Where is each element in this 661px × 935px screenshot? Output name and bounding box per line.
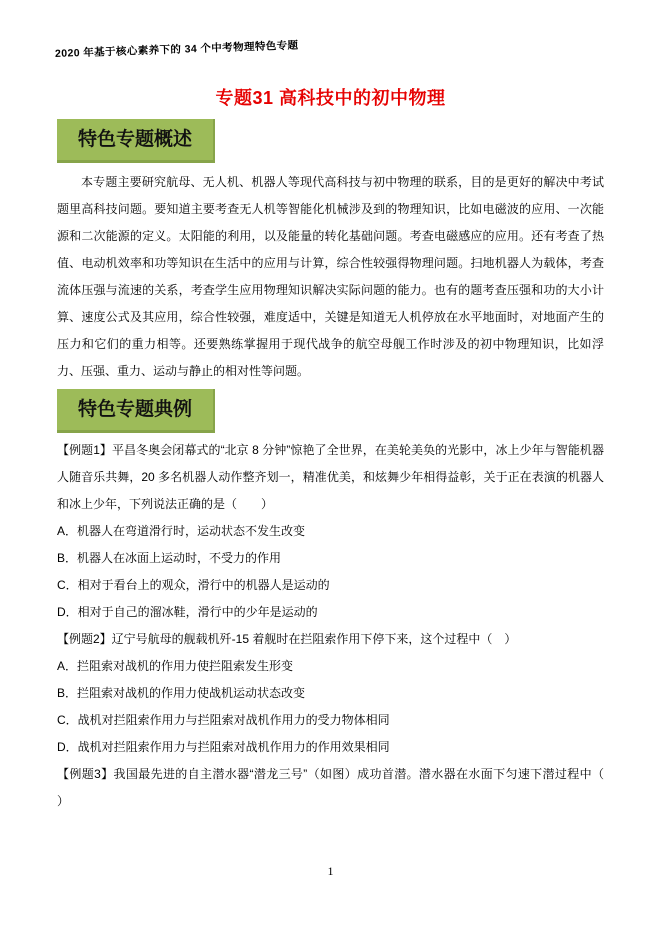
example-1: 【例题1】平昌冬奥会闭幕式的“北京 8 分钟”惊艳了全世界，在美轮美奂的光影中，… [57, 437, 604, 626]
example-1-option-d: D．相对于自己的溜冰鞋，滑行中的少年是运动的 [57, 599, 604, 626]
example-2-stem: 【例题2】辽宁号航母的舰载机歼-15 着舰时在拦阻索作用下停下来，这个过程中（ … [57, 626, 604, 653]
page-title: 专题31 高科技中的初中物理 [0, 84, 661, 110]
page-number: 1 [0, 864, 661, 879]
example-1-stem: 【例题1】平昌冬奥会闭幕式的“北京 8 分钟”惊艳了全世界，在美轮美奂的光影中，… [57, 437, 604, 518]
overview-paragraph: 本专题主要研究航母、无人机、机器人等现代高科技与初中物理的联系，目的是更好的解决… [57, 169, 604, 385]
example-1-option-a: A．机器人在弯道滑行时，运动状态不发生改变 [57, 518, 604, 545]
example-2: 【例题2】辽宁号航母的舰载机歼-15 着舰时在拦阻索作用下停下来，这个过程中（ … [57, 626, 604, 761]
example-2-option-b: B．拦阻索对战机的作用力使战机运动状态改变 [57, 680, 604, 707]
section-badge-examples: 特色专题典例 [57, 389, 215, 433]
example-1-option-c: C．相对于看台上的观众，滑行中的机器人是运动的 [57, 572, 604, 599]
series-header: 2020 年基于核心素养下的 34 个中考物理特色专题 [55, 38, 299, 61]
example-2-option-c: C．战机对拦阻索作用力与拦阻索对战机作用力的受力物体相同 [57, 707, 604, 734]
example-3-stem: 【例题3】我国最先进的自主潜水器“潜龙三号”（如图）成功首潜。潜水器在水面下匀速… [57, 761, 604, 815]
section-badge-overview: 特色专题概述 [57, 119, 215, 163]
example-3: 【例题3】我国最先进的自主潜水器“潜龙三号”（如图）成功首潜。潜水器在水面下匀速… [57, 761, 604, 815]
document-body: 特色专题概述 本专题主要研究航母、无人机、机器人等现代高科技与初中物理的联系，目… [57, 119, 604, 815]
example-2-option-d: D．战机对拦阻索作用力与拦阻索对战机作用力的作用效果相同 [57, 734, 604, 761]
example-2-option-a: A．拦阻索对战机的作用力使拦阻索发生形变 [57, 653, 604, 680]
example-1-option-b: B．机器人在冰面上运动时，不受力的作用 [57, 545, 604, 572]
